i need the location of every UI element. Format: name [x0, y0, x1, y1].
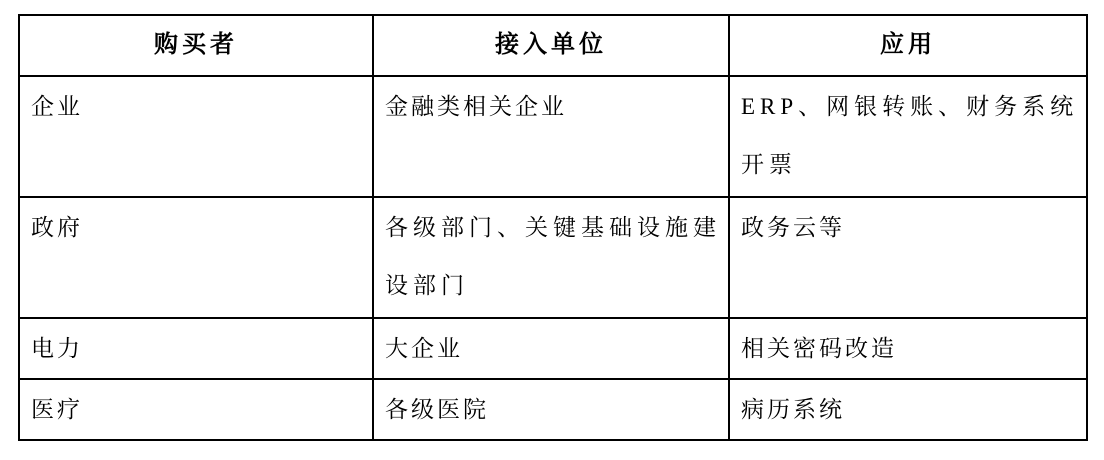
column-header-application: 应用	[729, 15, 1087, 76]
cell-access-unit: 各级部门、关键基础设施建 设部门	[373, 197, 729, 318]
column-header-access-unit: 接入单位	[373, 15, 729, 76]
cell-application: 政务云等	[729, 197, 1087, 318]
buyers-table: 购买者 接入单位 应用 企业 金融类相关企业 ERP、网银转账、财务系统 开票 …	[18, 14, 1088, 441]
cell-application: ERP、网银转账、财务系统 开票	[729, 76, 1087, 197]
cell-buyer: 医疗	[19, 379, 373, 440]
cell-access-unit: 大企业	[373, 318, 729, 379]
table-row-enterprise: 企业 金融类相关企业 ERP、网银转账、财务系统 开票	[19, 76, 1087, 197]
cell-buyer: 企业	[19, 76, 373, 197]
cell-access-unit: 金融类相关企业	[373, 76, 729, 197]
cell-access-unit: 各级医院	[373, 379, 729, 440]
cell-buyer: 政府	[19, 197, 373, 318]
document-page: 购买者 接入单位 应用 企业 金融类相关企业 ERP、网银转账、财务系统 开票 …	[0, 0, 1104, 460]
cell-buyer: 电力	[19, 318, 373, 379]
cell-application: 相关密码改造	[729, 318, 1087, 379]
cell-application: 病历系统	[729, 379, 1087, 440]
table-row-electric-power: 电力 大企业 相关密码改造	[19, 318, 1087, 379]
table-row-government: 政府 各级部门、关键基础设施建 设部门 政务云等	[19, 197, 1087, 318]
column-header-buyer: 购买者	[19, 15, 373, 76]
table-header-row: 购买者 接入单位 应用	[19, 15, 1087, 76]
table-row-healthcare: 医疗 各级医院 病历系统	[19, 379, 1087, 440]
